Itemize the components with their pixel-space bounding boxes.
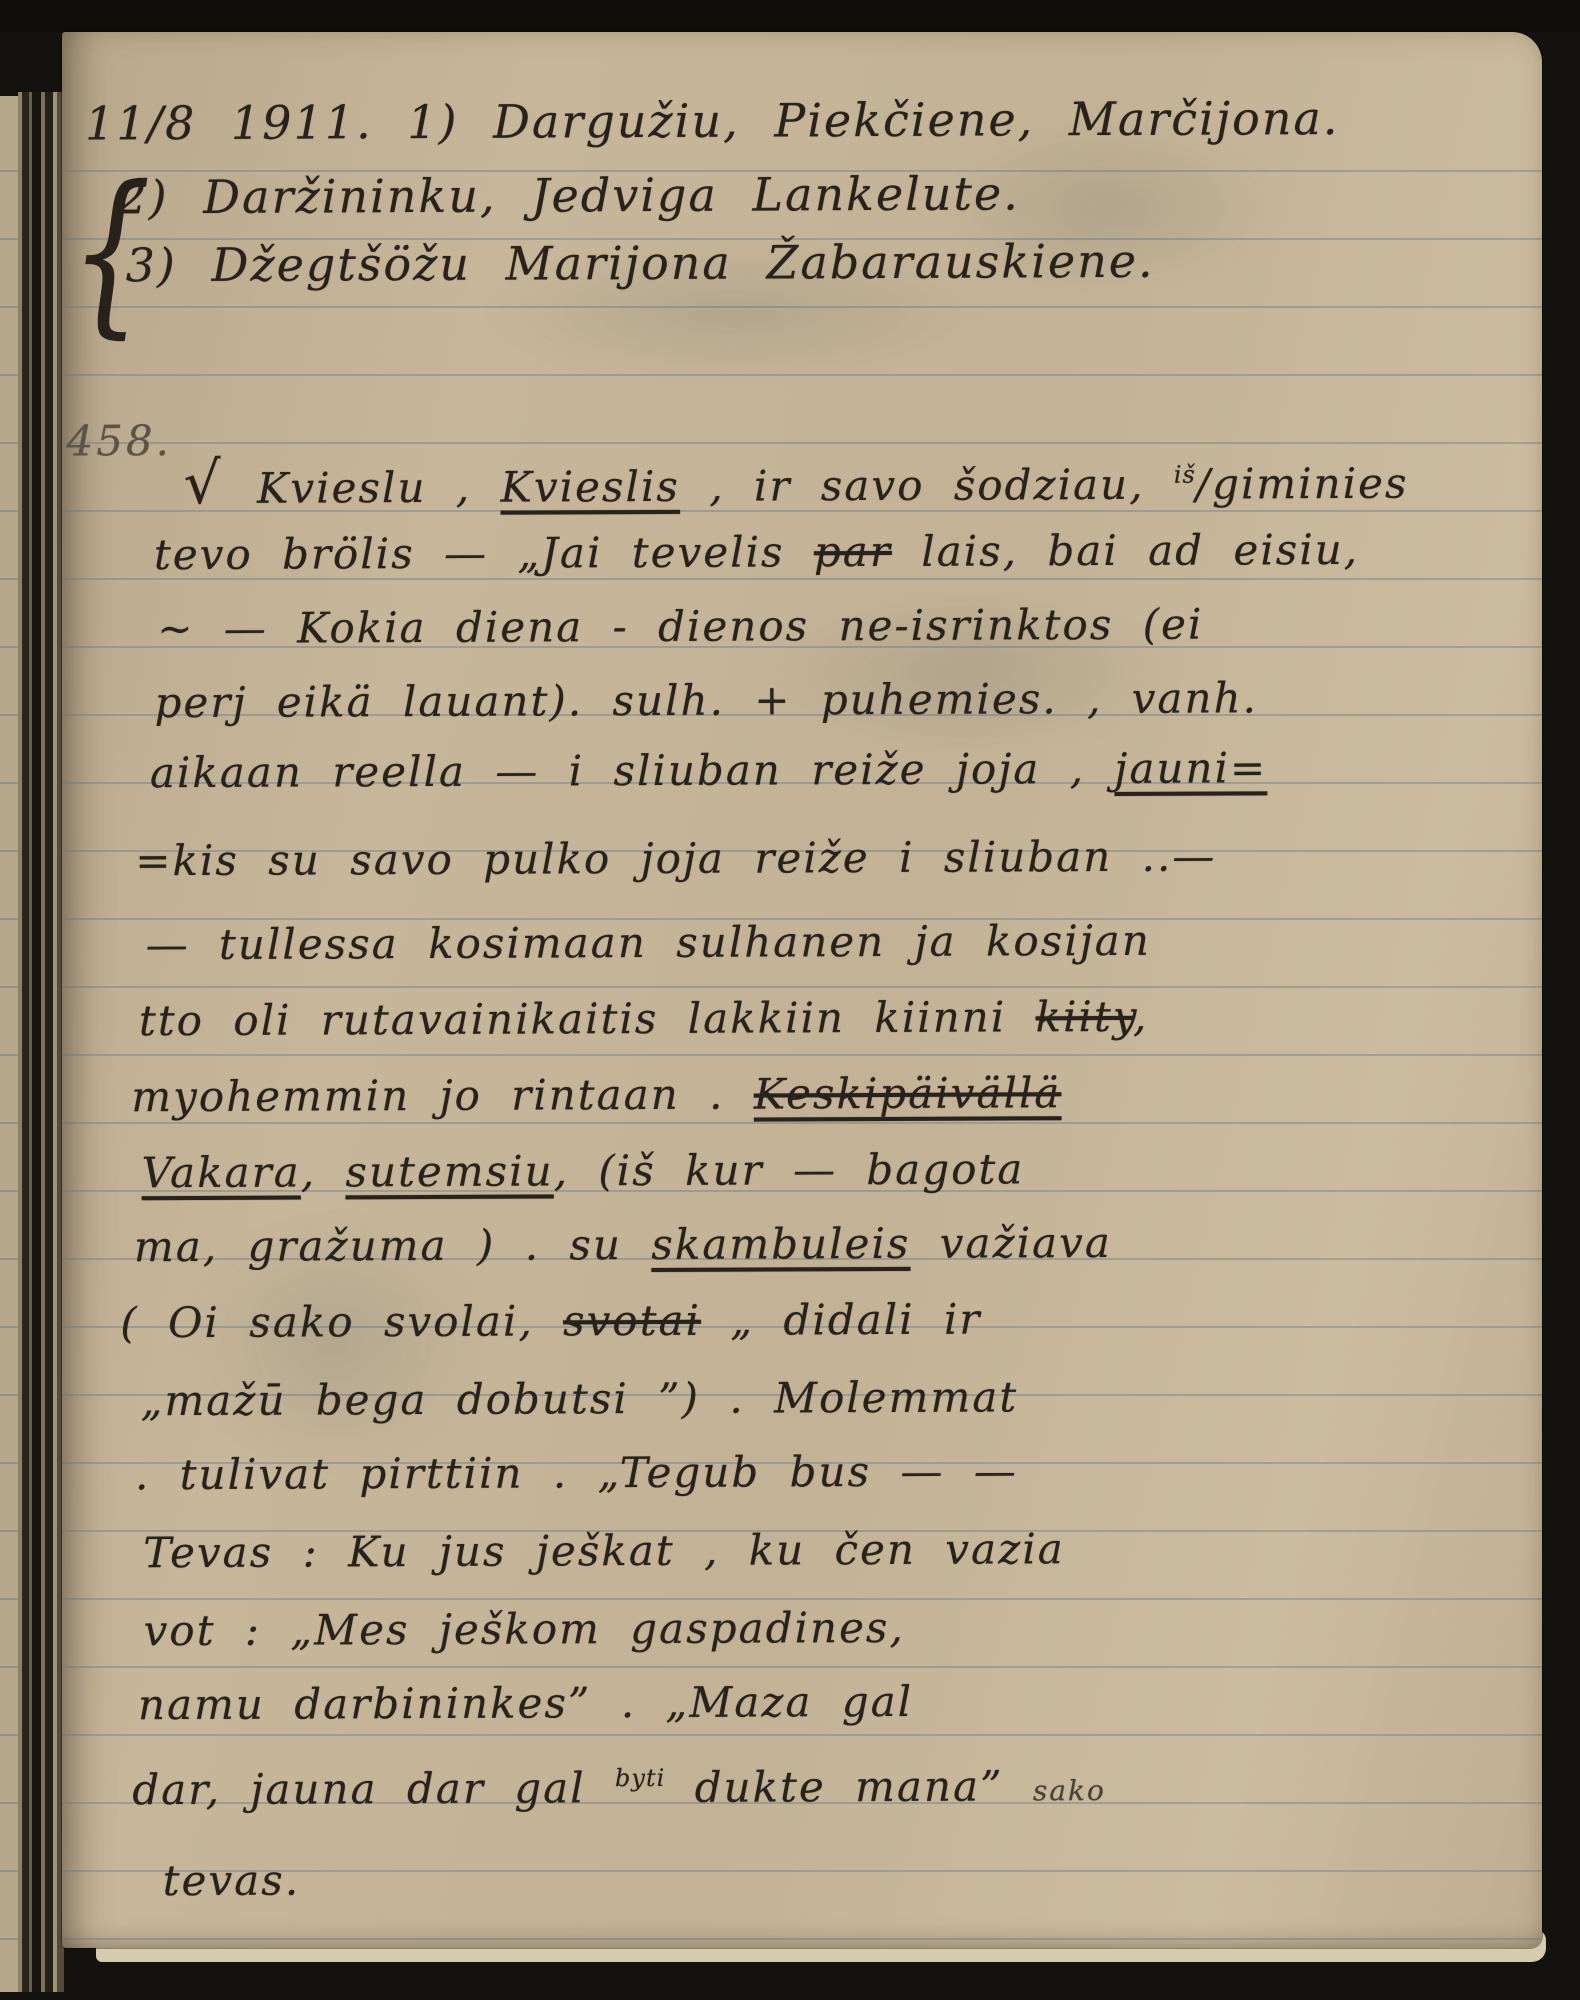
handwriting-segment: skambuleis — [651, 1219, 910, 1269]
handwriting-segment: kiity — [1035, 992, 1133, 1041]
handwriting-header-line: 2) Daržininku, Jedviga Lankelute. — [117, 170, 1020, 220]
handwriting-segment: — tullessa kosimaan sulhanen ja kosijan — [146, 916, 1151, 969]
handwriting-layer: { 458. 11/8 1911. 1) Dargužiu, Piekčiene… — [59, 28, 1547, 1950]
handwriting-segment: vot : „Mes ješkom gaspadines, — [144, 1603, 905, 1655]
handwriting-segment: dar, jauna dar gal — [132, 1763, 615, 1814]
handwriting-segment: Kvieslis — [500, 462, 680, 512]
handwriting-segment: , (iš kur — bagota — [554, 1144, 1025, 1195]
handwriting-segment: sako — [1033, 1774, 1106, 1807]
handwriting-line: perj eikä lauant). sulh. + puhemies. , v… — [154, 677, 1258, 724]
handwriting-segment: Kvieslu , — [257, 463, 501, 513]
handwriting-segment: Keskipäivällä — [754, 1068, 1062, 1118]
handwriting-line: ma, gražuma ) . su skambuleis važiava — [134, 1222, 1112, 1268]
handwriting-segment: Vakara — [142, 1148, 301, 1198]
handwriting-segment: iš — [1174, 461, 1196, 489]
handwriting-line: vot : „Mes ješkom gaspadines, — [144, 1607, 905, 1652]
handwriting-segment: tevo brölis — „Jai tevelis — [154, 527, 814, 579]
handwriting-segment: myohemmin jo rintaan . — [131, 1070, 754, 1122]
handwriting-line: . tulivat pirttiin . „Tegub bus — — — [135, 1450, 1018, 1496]
handwriting-segment: 11/8 1911. 1) Dargužiu, Piekčiene, Marči… — [85, 91, 1340, 150]
handwriting-segment: ( Oi sako svolai, — [120, 1296, 563, 1347]
handwriting-segment: „ didali ir — [701, 1295, 982, 1345]
handwriting-segment: , ir savo šodziau, — [680, 460, 1174, 511]
handwriting-segment: tto oli rutavainikaitis lakkiin kiinni — [139, 992, 1036, 1045]
handwriting-segment: /giminies — [1196, 459, 1409, 509]
handwriting-segment: jauni= — [1114, 743, 1267, 793]
handwriting-segment: lais, bai ad eisiu, — [892, 525, 1359, 576]
handwriting-segment: byti — [615, 1764, 665, 1792]
handwriting-line: √ Kvieslu , Kvieslis , ir savo šodziau, … — [183, 449, 1408, 512]
handwriting-line: namu darbininkes” . „Maza gal — [138, 1681, 913, 1726]
handwriting-segment: 3) Džegtšöžu Marijona Žabarauskiene. — [126, 234, 1155, 292]
handwriting-segment: ~ — Kokia diena - dienos ne-isrinktos (e… — [157, 600, 1203, 654]
handwriting-segment: „mažū bega dobutsi ”) . Molemmat — [141, 1372, 1019, 1425]
handwriting-segment: ma, gražuma ) . su — [134, 1220, 652, 1271]
handwriting-line: tevas. — [163, 1860, 301, 1903]
handwriting-line: ~ — Kokia diena - dienos ne-isrinktos (e… — [157, 604, 1203, 651]
ruled-lines — [0, 170, 20, 1992]
handwriting-line: ( Oi sako svolai, svotai „ didali ir — [120, 1299, 981, 1345]
handwriting-segment: svotai — [563, 1296, 701, 1346]
page-stack-edge — [0, 96, 20, 1992]
handwriting-line: aikaan reella — i sliuban reiže joja , j… — [150, 747, 1267, 794]
handwriting-segment: . tulivat pirttiin . „Tegub bus — — — [135, 1446, 1018, 1499]
handwriting-segment: dukte mana” — [665, 1761, 1033, 1812]
handwriting-header-line: 3) Džegtšöžu Marijona Žabarauskiene. — [126, 238, 1155, 288]
handwriting-segment: , — [301, 1147, 346, 1196]
entry-number: 458. — [66, 416, 172, 465]
handwriting-line: myohemmin jo rintaan . Keskipäivällä — [131, 1072, 1061, 1118]
handwriting-segment: perj eikä lauant). sulh. + puhemies. , v… — [154, 673, 1258, 727]
handwriting-segment: 2) Daržininku, Jedviga Lankelute. — [117, 166, 1020, 224]
handwriting-line: — tullessa kosimaan sulhanen ja kosijan — [146, 920, 1151, 966]
handwriting-segment: √ — [183, 449, 257, 517]
handwriting-line: =kis su savo pulko joja reiže i sliuban … — [135, 836, 1216, 883]
handwriting-line: tto oli rutavainikaitis lakkiin kiinni k… — [139, 996, 1148, 1042]
handwriting-line: Vakara, sutemsiu, (iš kur — bagota — [142, 1148, 1025, 1194]
notebook-page: { 458. 11/8 1911. 1) Dargužiu, Piekčiene… — [62, 32, 1542, 1948]
handwriting-segment: aikaan reella — i sliuban reiže joja , — [150, 744, 1115, 797]
binding-gutter — [18, 92, 64, 1992]
handwriting-segment: Tevas : Ku jus ješkat , ku čen vazia — [143, 1524, 1065, 1577]
handwriting-line: „mažū bega dobutsi ”) . Molemmat — [141, 1376, 1019, 1422]
handwriting-segment: par — [814, 527, 892, 576]
handwriting-segment: važiava — [910, 1218, 1112, 1268]
handwriting-line: dar, jauna dar gal byti dukte mana” sako — [132, 1764, 1106, 1811]
handwriting-line: tevo brölis — „Jai tevelis par lais, bai… — [154, 529, 1359, 576]
handwriting-segment: , — [1133, 992, 1149, 1041]
handwriting-segment: tevas. — [163, 1856, 301, 1906]
handwriting-segment: sutemsiu — [345, 1146, 553, 1196]
handwriting-segment: =kis su savo pulko joja reiže i sliuban … — [135, 832, 1216, 886]
handwriting-line: Tevas : Ku jus ješkat , ku čen vazia — [143, 1528, 1065, 1574]
handwriting-header-line: 11/8 1911. 1) Dargužiu, Piekčiene, Marči… — [85, 95, 1340, 146]
handwriting-segment: namu darbininkes” . „Maza gal — [138, 1677, 913, 1729]
